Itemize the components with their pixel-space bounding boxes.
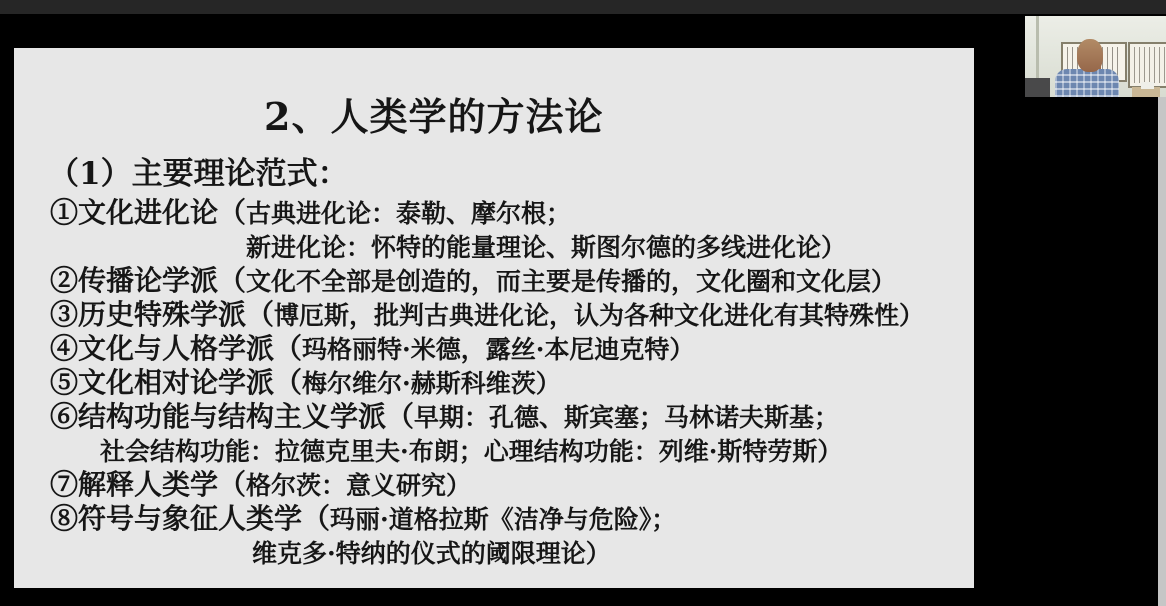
slide-text-line: 新进化论：怀特的能量理论、斯图尔德的多线进化论） <box>50 230 964 264</box>
slide-text-line: ⑤文化相对论学派（梅尔维尔·赫斯科维茨） <box>50 366 964 400</box>
line-head: ③历史特殊学派（ <box>50 298 274 331</box>
presenter-shirt <box>1055 69 1119 97</box>
presenter-head <box>1077 39 1103 72</box>
paper-on-desk <box>1141 82 1154 89</box>
line-tail: 格尔茨：意义研究） <box>246 471 471 500</box>
meeting-window: { "window": { "titlebar_color": "#262626… <box>0 0 1166 606</box>
slide-text-line: ②传播论学派（文化不全部是创造的，而主要是传播的，文化圈和文化层） <box>50 264 964 298</box>
line-tail: 新进化论：怀特的能量理论、斯图尔德的多线进化论） <box>246 233 846 262</box>
slide-body: ①文化进化论（古典进化论：泰勒、摩尔根； 新进化论：怀特的能量理论、斯图尔德的多… <box>50 196 964 570</box>
line-tail: 社会结构功能：拉德克里夫·布朗；心理结构功能：列维·斯特劳斯） <box>100 437 842 466</box>
line-tail: 玛格丽特·米德，露丝·本尼迪克特） <box>302 335 694 364</box>
scrollbar[interactable] <box>1158 97 1166 606</box>
line-head: ②传播论学派（ <box>50 264 246 297</box>
shared-slide: 2、人类学的方法论 （1）主要理论范式： ①文化进化论（古典进化论：泰勒、摩尔根… <box>14 48 974 588</box>
line-tail: 早期：孔德、斯宾塞；马林诺夫斯基； <box>414 403 839 432</box>
line-head: ④文化与人格学派（ <box>50 332 302 365</box>
chair <box>1025 78 1050 97</box>
slide-text-line: ⑦解释人类学（格尔茨：意义研究） <box>50 468 964 502</box>
slide-text-line: 维克多·特纳的仪式的阈限理论） <box>50 536 964 570</box>
line-tail: 博厄斯，批判古典进化论，认为各种文化进化有其特殊性） <box>274 301 924 330</box>
slide-text-line: ⑥结构功能与结构主义学派（早期：孔德、斯宾塞；马林诺夫斯基； <box>50 400 964 434</box>
presenter-video-tile[interactable] <box>1025 16 1166 97</box>
line-tail: 玛丽·道格拉斯《洁净与危险》； <box>330 505 676 534</box>
slide-text-line: ③历史特殊学派（博厄斯，批判古典进化论，认为各种文化进化有其特殊性） <box>50 298 964 332</box>
line-head: ⑥结构功能与结构主义学派（ <box>50 400 414 433</box>
line-head: ⑤文化相对论学派（ <box>50 366 302 399</box>
line-tail: 梅尔维尔·赫斯科维茨） <box>302 369 561 398</box>
slide-text-line: 社会结构功能：拉德克里夫·布朗；心理结构功能：列维·斯特劳斯） <box>50 434 964 468</box>
slide-subtitle: （1）主要理论范式： <box>48 148 349 193</box>
line-head: ⑦解释人类学（ <box>50 468 246 501</box>
slide-text-line: ⑧符号与象征人类学（玛丽·道格拉斯《洁净与危险》； <box>50 502 964 536</box>
line-tail: 文化不全部是创造的，而主要是传播的，文化圈和文化层） <box>246 267 896 296</box>
slide-text-line: ④文化与人格学派（玛格丽特·米德，露丝·本尼迪克特） <box>50 332 964 366</box>
line-tail: 古典进化论：泰勒、摩尔根； <box>246 199 571 228</box>
line-head: ①文化进化论（ <box>50 196 246 229</box>
line-tail: 维克多·特纳的仪式的阈限理论） <box>252 539 611 568</box>
slide-title: 2、人类学的方法论 <box>264 86 603 141</box>
window-titlebar <box>0 0 1166 14</box>
line-head: ⑧符号与象征人类学（ <box>50 502 330 535</box>
slide-text-line: ①文化进化论（古典进化论：泰勒、摩尔根； <box>50 196 964 230</box>
